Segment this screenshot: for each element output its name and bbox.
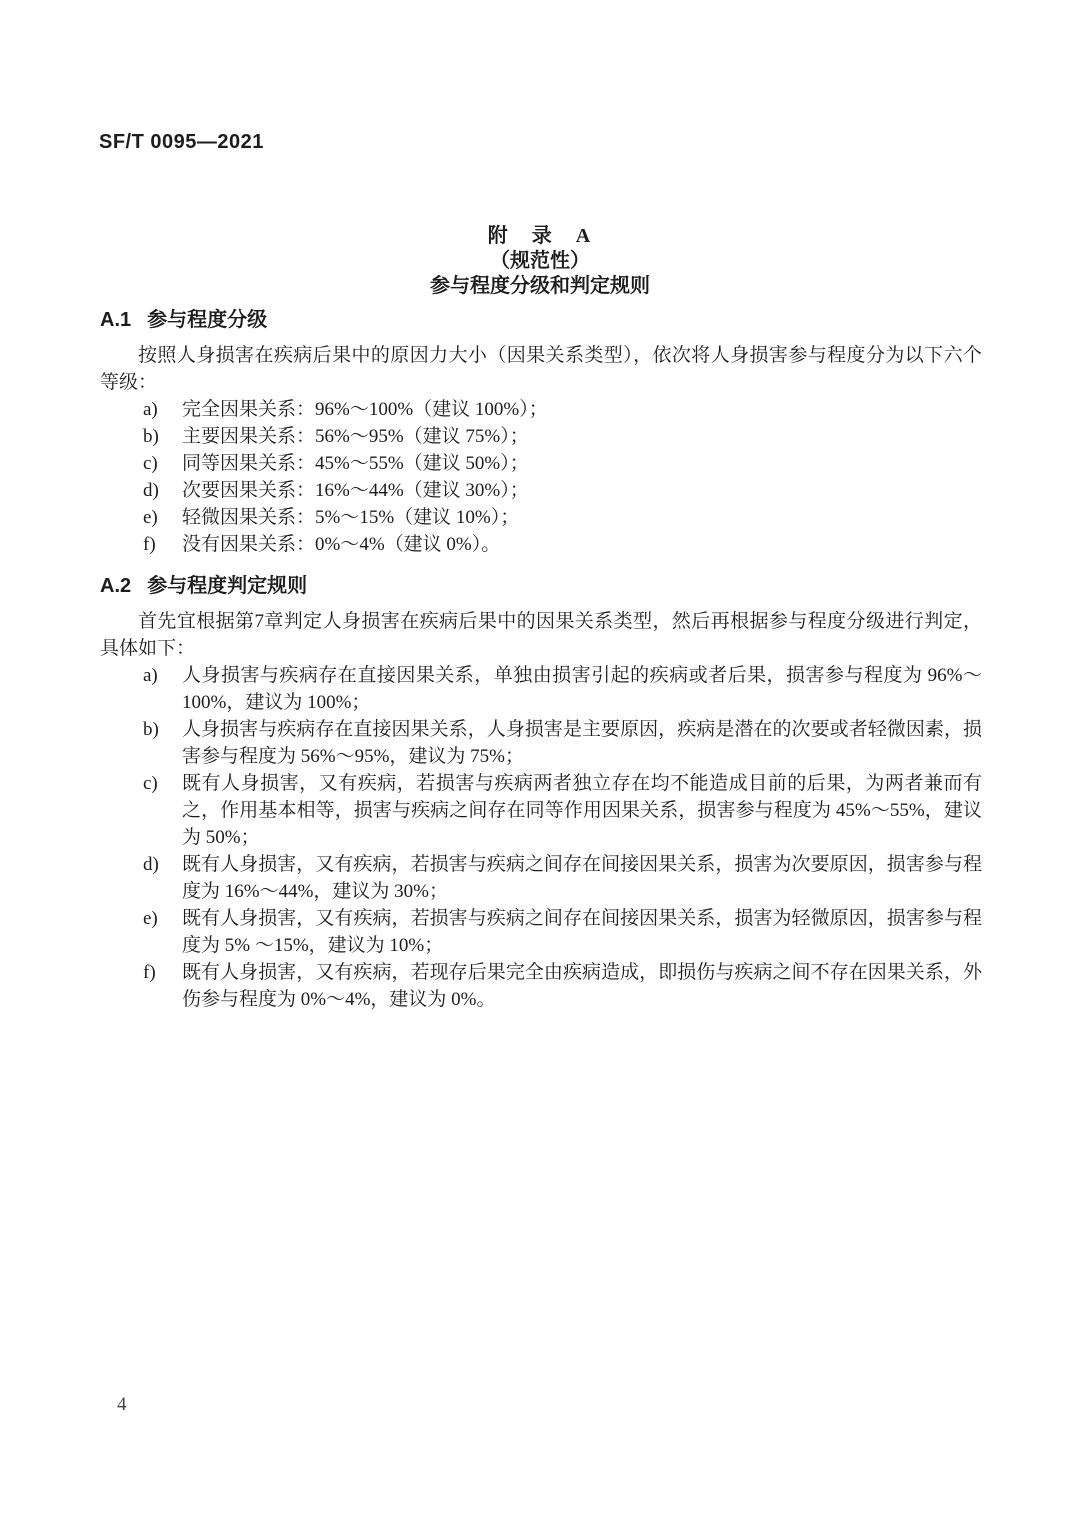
list-item-label: a) — [143, 396, 182, 423]
list-item: f) 没有因果关系：0%～4%（建议 0%）。 — [100, 531, 982, 558]
section-a1-intro: 按照人身损害在疾病后果中的原因力大小（因果关系类型），依次将人身损害参与程度分为… — [100, 342, 982, 396]
doc-code-header: SF/T 0095—2021 — [99, 131, 264, 154]
section-a2: A.2参与程度判定规则 首先宜根据第7章判定人身损害在疾病后果中的因果关系类型，… — [100, 572, 982, 1013]
appendix-title-line1: 附 录 A — [0, 224, 1080, 249]
document-body: A.1参与程度分级 按照人身损害在疾病后果中的原因力大小（因果关系类型），依次将… — [100, 306, 982, 1013]
section-a1-title: 参与程度分级 — [147, 309, 267, 331]
list-item: a) 完全因果关系：96%～100%（建议 100%）； — [100, 396, 982, 423]
list-item-label: f) — [143, 531, 182, 558]
section-a2-intro: 首先宜根据第7章判定人身损害在疾病后果中的因果关系类型，然后再根据参与程度分级进… — [100, 608, 982, 662]
appendix-title: 附 录 A （规范性） 参与程度分级和判定规则 — [0, 224, 1080, 299]
section-a1-heading: A.1参与程度分级 — [100, 306, 982, 334]
list-item-text: 既有人身损害，又有疾病，若现存后果完全由疾病造成，即损伤与疾病之间不存在因果关系… — [182, 959, 982, 1013]
list-item-label: c) — [143, 770, 182, 851]
list-item-label: f) — [143, 959, 182, 1013]
section-a1-list: a) 完全因果关系：96%～100%（建议 100%）； b) 主要因果关系：5… — [100, 396, 982, 558]
section-a1: A.1参与程度分级 按照人身损害在疾病后果中的原因力大小（因果关系类型），依次将… — [100, 306, 982, 558]
list-item-text: 既有人身损害，又有疾病，若损害与疾病之间存在间接因果关系，损害为轻微原因，损害参… — [182, 905, 982, 959]
list-item: e) 既有人身损害，又有疾病，若损害与疾病之间存在间接因果关系，损害为轻微原因，… — [100, 905, 982, 959]
section-a2-list: a) 人身损害与疾病存在直接因果关系，单独由损害引起的疾病或者后果，损害参与程度… — [100, 662, 982, 1013]
list-item: a) 人身损害与疾病存在直接因果关系，单独由损害引起的疾病或者后果，损害参与程度… — [100, 662, 982, 716]
list-item-text: 人身损害与疾病存在直接因果关系，人身损害是主要原因，疾病是潜在的次要或者轻微因素… — [182, 716, 982, 770]
list-item: b) 主要因果关系：56%～95%（建议 75%）； — [100, 423, 982, 450]
section-a2-number: A.2 — [100, 575, 131, 597]
list-item-text: 没有因果关系：0%～4%（建议 0%）。 — [182, 531, 982, 558]
list-item-label: d) — [143, 477, 182, 504]
list-item-text: 人身损害与疾病存在直接因果关系，单独由损害引起的疾病或者后果，损害参与程度为 9… — [182, 662, 982, 716]
list-item-text: 次要因果关系：16%～44%（建议 30%）； — [182, 477, 982, 504]
list-item-label: b) — [143, 716, 182, 770]
list-item: c) 同等因果关系：45%～55%（建议 50%）； — [100, 450, 982, 477]
list-item-text: 既有人身损害，又有疾病，若损害与疾病两者独立存在均不能造成目前的后果，为两者兼而… — [182, 770, 982, 851]
section-a1-number: A.1 — [100, 309, 131, 331]
list-item: d) 次要因果关系：16%～44%（建议 30%）； — [100, 477, 982, 504]
list-item: e) 轻微因果关系：5%～15%（建议 10%）； — [100, 504, 982, 531]
list-item: c) 既有人身损害，又有疾病，若损害与疾病两者独立存在均不能造成目前的后果，为两… — [100, 770, 982, 851]
list-item-label: a) — [143, 662, 182, 716]
document-page: SF/T 0095—2021 附 录 A （规范性） 参与程度分级和判定规则 A… — [0, 0, 1080, 1527]
list-item-text: 轻微因果关系：5%～15%（建议 10%）； — [182, 504, 982, 531]
appendix-title-line3: 参与程度分级和判定规则 — [0, 274, 1080, 299]
list-item-text: 同等因果关系：45%～55%（建议 50%）； — [182, 450, 982, 477]
list-item-text: 完全因果关系：96%～100%（建议 100%）； — [182, 396, 982, 423]
list-item-label: d) — [143, 851, 182, 905]
list-item-label: c) — [143, 450, 182, 477]
section-a2-title: 参与程度判定规则 — [147, 575, 307, 597]
list-item: f) 既有人身损害，又有疾病，若现存后果完全由疾病造成，即损伤与疾病之间不存在因… — [100, 959, 982, 1013]
list-item-text: 主要因果关系：56%～95%（建议 75%）； — [182, 423, 982, 450]
appendix-title-line2: （规范性） — [0, 249, 1080, 274]
page-number: 4 — [117, 1394, 127, 1416]
list-item: b) 人身损害与疾病存在直接因果关系，人身损害是主要原因，疾病是潜在的次要或者轻… — [100, 716, 982, 770]
list-item-label: b) — [143, 423, 182, 450]
section-a2-heading: A.2参与程度判定规则 — [100, 572, 982, 600]
list-item-text: 既有人身损害，又有疾病，若损害与疾病之间存在间接因果关系，损害为次要原因，损害参… — [182, 851, 982, 905]
list-item-label: e) — [143, 905, 182, 959]
list-item: d) 既有人身损害，又有疾病，若损害与疾病之间存在间接因果关系，损害为次要原因，… — [100, 851, 982, 905]
list-item-label: e) — [143, 504, 182, 531]
